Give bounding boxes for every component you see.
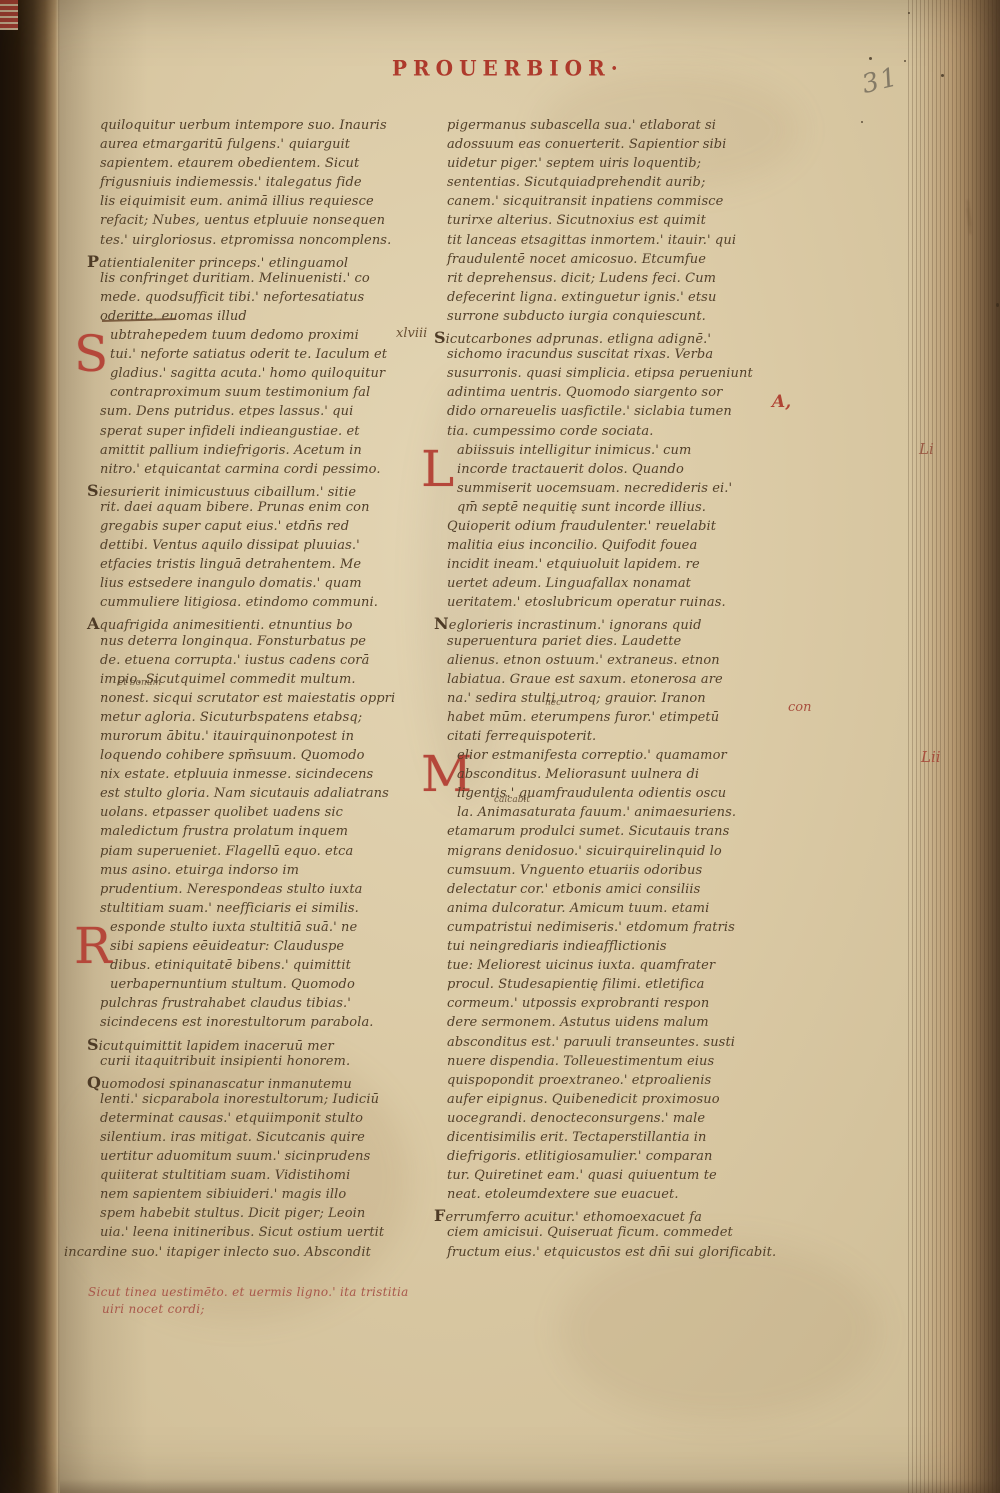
red-margin-monogram: A,: [772, 392, 791, 412]
text-line: neat. etoleumdextere sue euacuet.: [447, 1187, 835, 1206]
text-line: pigermanus subascella sua.' etlaborat si: [447, 118, 835, 137]
bottom-edge-shadow: [60, 1479, 1000, 1493]
enlarged-initial: N: [434, 614, 449, 633]
illuminated-initial: M: [421, 749, 457, 806]
text-line: maledictum frustra prolatum inquem: [100, 824, 432, 843]
text-line: procul. Studesapientię filimi. etletific…: [447, 977, 835, 996]
text-line: malitia eius inconcilio. Quifodit fouea: [447, 538, 835, 557]
text-line: loquendo cohibere spm̄suum. Quomodo: [100, 748, 432, 767]
text-line: cumpatristui nedimiseris.' etdomum fratr…: [447, 920, 835, 939]
text-line: sibi sapiens eēuideatur: Clauduspe: [100, 939, 432, 958]
text-line: uia.' leena initineribus. Sicut ostium u…: [100, 1225, 432, 1244]
text-line: gregabis super caput eius.' etdn̄s red: [100, 519, 432, 538]
text-line: curii itaquitribuit insipienti honorem.: [100, 1054, 432, 1073]
text-line: nonest. sicqui scrutator est maiestatis …: [100, 691, 432, 710]
text-line: ueritatem.' etoslubricum operatur ruinas…: [447, 595, 835, 614]
interlinear-gloss-calcabit: calcabit: [494, 795, 530, 805]
text-line: lius estsedere inangulo domatis.' quam: [100, 576, 432, 595]
footnote-line: Sicut tinea uestimēto. et uermis ligno.'…: [88, 1284, 409, 1301]
text-line: incorde tractauerit dolos. Quando: [447, 462, 835, 481]
folio-number-pencil: 31: [859, 62, 902, 100]
text-line: mus asino. etuirga indorso im: [100, 863, 432, 882]
text-line: cummuliere litigiosa. etindomo communi.: [100, 595, 432, 614]
text-line: silentium. iras mitigat. Sicutcanis quir…: [100, 1130, 432, 1149]
enlarged-initial: S: [434, 328, 446, 347]
text-line: frigusniuis indiemessis.' italegatus fid…: [100, 175, 432, 194]
chapter-number-lii: Lii: [921, 748, 941, 766]
faint-marginal-note: [956, 206, 986, 266]
text-line: surrone subducto iurgia conquiescunt.: [447, 309, 835, 328]
text-line: adossuum eas conuerterit. Sapientior sib…: [447, 137, 835, 156]
text-line: nitro.' etquicantat carmina cordi pessim…: [100, 462, 432, 481]
text-line: alienus. etnon ostuum.' extraneus. etnon: [447, 653, 835, 672]
text-line: Neglorieris incrastinum.' ignorans quid: [447, 614, 835, 633]
text-line: fraudulentē nocet amicosuo. Etcumfue: [447, 252, 835, 271]
text-line: anima dulcoratur. Amicum tuum. etami: [447, 901, 835, 920]
manuscript-page-photo: PROUERBIOR· 31 quiloquitur uerbum intemp…: [0, 0, 1000, 1493]
text-line: uerbapernuntium stultum. Quomodo: [100, 977, 432, 996]
text-line: de. etuena corrupta.' iustus cadens corā: [100, 653, 432, 672]
ink-speck: [941, 74, 944, 77]
text-line: absconditus. Meliorasunt uulnera di: [447, 767, 835, 786]
text-line: metur agloria. Sicuturbspatens etabsq;: [100, 710, 432, 729]
text-line: pulchras frustrahabet claudus tibias.': [100, 996, 432, 1015]
paragraph: Neglorieris incrastinum.' ignorans quids…: [447, 614, 835, 748]
book-binding-gutter: [0, 0, 60, 1493]
ink-speck: [908, 12, 910, 14]
text-line: lis eiquimisit eum. animā illius requies…: [100, 194, 432, 213]
text-line: sicindecens est inorestultorum parabola.: [100, 1015, 432, 1034]
text-line: uertet adeum. Linguafallax nonamat: [447, 576, 835, 595]
text-line: cumsuum. Vnguento etuariis odoribus: [447, 863, 835, 882]
text-line: Quioperit odium fraudulenter.' reuelabit: [447, 519, 835, 538]
text-column-right: pigermanus subascella sua.' etlaborat si…: [447, 118, 835, 1264]
text-line: tue: Meliorest uicinus iuxta. quamfrater: [447, 958, 835, 977]
text-line: Aquafrigida animesitienti. etnuntius bo: [100, 614, 432, 633]
text-column-left: quiloquitur uerbum intempore suo. Inauri…: [100, 118, 432, 1264]
text-line: labiatua. Graue est saxum. etonerosa are: [447, 672, 835, 691]
text-line: Patientialeniter princeps.' etlinguamol: [100, 252, 432, 271]
text-line: summiserit uocemsuam. necredideris ei.': [447, 481, 835, 500]
ink-speck: [904, 60, 906, 62]
text-line: tui.' neforte satiatus oderit te. Iaculu…: [100, 347, 432, 366]
text-line: ciem amicisui. Quiseruat ficum. commedet: [447, 1225, 835, 1244]
red-catchword-con: con: [788, 700, 811, 715]
illuminated-initial: R: [74, 921, 110, 978]
text-line: murorum ābitu.' itauirquinonpotest in: [100, 729, 432, 748]
ink-speck: [869, 57, 872, 60]
text-line: la. Animasaturata fauum.' animaesuriens.: [447, 805, 835, 824]
paragraph: Labiissuis intelligitur inimicus.' cumin…: [447, 443, 835, 615]
text-line: tur. Quiretinet eam.' quasi quiuentum te: [447, 1168, 835, 1187]
text-line: nem sapientem sibiuideri.' magis illo: [100, 1187, 432, 1206]
text-line: nus deterra longinqua. Fonsturbatus pe: [100, 634, 432, 653]
text-line: determinat causas.' etquiimponit stulto: [100, 1111, 432, 1130]
text-line: absconditus est.' paruuli transeuntes. s…: [447, 1035, 835, 1054]
paragraph: Siesurierit inimicustuus cibaillum.' sit…: [100, 481, 432, 615]
text-line: tit lanceas etsagittas inmortem.' itauir…: [447, 233, 835, 252]
text-line: dettibi. Ventus aquilo dissipat pluuias.…: [100, 538, 432, 557]
text-line: canem.' sicquitransit inpatiens commisce: [447, 194, 835, 213]
text-line: etamarum produlci sumet. Sicutauis trans: [447, 824, 835, 843]
text-line: diefrigoris. etlitigiosamulier.' compara…: [447, 1149, 835, 1168]
text-line: incardine suo.' itapiger inlecto suo. Ab…: [64, 1245, 432, 1264]
enlarged-initial: A: [87, 614, 100, 633]
text-line: cormeum.' utpossis exprobranti respon: [447, 996, 835, 1015]
footnote-line: uiri nocet cordi;: [102, 1301, 409, 1318]
text-line: Ferrumferro acuitur.' ethomoexacuet fa: [447, 1206, 835, 1225]
text-line: rit deprehensus. dicit; Ludens feci. Cum: [447, 271, 835, 290]
illuminated-initial: S: [74, 329, 110, 386]
text-line: uolans. etpasser quolibet uadens sic: [100, 805, 432, 824]
text-line: ubtrahepedem tuum dedomo proximi: [100, 328, 432, 347]
text-line: Sicutcarbones adprunas. etligna adignē.': [447, 328, 835, 347]
text-line: fructum eius.' etquicustos est dn̄i sui …: [447, 1245, 835, 1264]
paragraph: Sicutquimittit lapidem inaceruū mercurii…: [100, 1035, 432, 1073]
text-line: uocegrandi. denocteconsurgens.' male: [447, 1111, 835, 1130]
text-line: qm̄ septē nequitię sunt incorde illius.: [447, 500, 835, 519]
text-line: tes.' uirgloriosus. etpromissa noncomple…: [100, 233, 432, 252]
running-title: PROUERBIOR·: [392, 55, 624, 80]
text-line: amittit pallium indiefrigoris. Acetum in: [100, 443, 432, 462]
text-line: delectatur cor.' etbonis amici consiliis: [447, 882, 835, 901]
paragraph: Ferrumferro acuitur.' ethomoexacuet faci…: [447, 1206, 835, 1263]
text-line: habet mūm. eterumpens furor.' etimpetū: [447, 710, 835, 729]
text-line: piam superueniet. Flagellū equo. etca: [100, 844, 432, 863]
text-line: stultitiam suam.' neefficiaris ei simili…: [100, 901, 432, 920]
paragraph: Patientialeniter princeps.' etlinguamoll…: [100, 252, 432, 328]
book-fore-edge-pages: [908, 0, 1000, 1493]
paragraph: Responde stulto iuxta stultitiā suā.' ne…: [100, 920, 432, 1035]
paragraph: Subtrahepedem tuum dedomo proximitui.' n…: [100, 328, 432, 481]
chapter-number-li: Li: [919, 440, 934, 458]
text-line: susurronis. quasi simplicia. etipsa peru…: [447, 366, 835, 385]
text-line: rit. daei aquam bibere. Prunas enim con: [100, 500, 432, 519]
enlarged-initial: S: [87, 1035, 99, 1054]
text-line: quispopondit proextraneo.' etproalienis: [447, 1073, 835, 1092]
text-line: sapientem. etaurem obedientem. Sicut: [100, 156, 432, 175]
paragraph: Quomodosi spinanascatur inmanutemulenti.…: [100, 1073, 432, 1245]
text-line: Sicutquimittit lapidem inaceruū mer: [100, 1035, 432, 1054]
text-line: prudentium. Nerespondeas stulto iuxta: [100, 882, 432, 901]
enlarged-initial: F: [434, 1206, 445, 1225]
text-line: uertitur aduomitum suum.' sicinprudens: [100, 1149, 432, 1168]
paragraph: pigermanus subascella sua.' etlaborat si…: [447, 118, 835, 328]
text-line: abiissuis intelligitur inimicus.' cum: [447, 443, 835, 462]
text-line: tia. cumpessimo corde sociata.: [447, 424, 835, 443]
text-line: na.' sedira stulti utroq; grauior. Irano…: [447, 691, 835, 710]
interlinear-gloss-nec: nec: [545, 698, 561, 708]
enlarged-initial: S: [87, 481, 99, 500]
text-line: incidit ineam.' etquiuoluit lapidem. re: [447, 557, 835, 576]
paragraph: Sicutcarbones adprunas. etligna adignē.'…: [447, 328, 835, 443]
parchment-stain: [560, 1240, 880, 1420]
text-line: citati ferrequispoterit.: [447, 729, 835, 748]
text-line: gladius.' sagitta acuta.' homo quiloquit…: [100, 366, 432, 385]
ink-speck: [861, 121, 863, 123]
text-line: turirxe alterius. Sicutnoxius est quimit: [447, 213, 835, 232]
text-line: Siesurierit inimicustuus cibaillum.' sit…: [100, 481, 432, 500]
paragraph: incardine suo.' itapiger inlecto suo. Ab…: [100, 1245, 432, 1264]
text-line: contraproximum suum testimonium fal: [100, 385, 432, 404]
text-line: mede. quodsufficit tibi.' nefortesatiatu…: [100, 290, 432, 309]
marginal-footnote-red: Sicut tinea uestimēto. et uermis ligno.'…: [88, 1284, 409, 1318]
text-line: refacit; Nubes, uentus etpluuie nonseque…: [100, 213, 432, 232]
text-line: nuere dispendia. Tolleuestimentum eius: [447, 1054, 835, 1073]
text-line: migrans denidosuo.' sicuirquirelinquid l…: [447, 844, 835, 863]
text-line: etfacies tristis linguā detrahentem. Me: [100, 557, 432, 576]
text-line: dicentisimilis erit. Tectaperstillantia …: [447, 1130, 835, 1149]
ink-speck: [996, 303, 999, 307]
text-line: sperat super infideli indieangustiae. et: [100, 424, 432, 443]
paragraph: Aquafrigida animesitienti. etnuntius bon…: [100, 614, 432, 920]
text-line: spem habebit stultus. Dicit piger; Leoin: [100, 1206, 432, 1225]
chapter-number-xlviii: xlviii: [396, 326, 427, 341]
text-line: elior estmanifesta correptio.' quamamor: [447, 748, 835, 767]
enlarged-initial: Q: [87, 1073, 101, 1092]
paragraph: Melior estmanifesta correptio.' quamamor…: [447, 748, 835, 1206]
text-line: quiloquitur uerbum intempore suo. Inauri…: [100, 118, 432, 137]
text-line: uidetur piger.' septem uiris loquentib;: [447, 156, 835, 175]
text-line: aufer eipignus. Quibenedicit proximosuo: [447, 1092, 835, 1111]
text-line: sum. Dens putridus. etpes lassus.' qui: [100, 404, 432, 423]
text-line: lis confringet duritiam. Melinuenisti.' …: [100, 271, 432, 290]
text-line: defecerint ligna. extinguetur ignis.' et…: [447, 290, 835, 309]
paragraph: quiloquitur uerbum intempore suo. Inauri…: [100, 118, 432, 252]
text-line: Quomodosi spinanascatur inmanutemu: [100, 1073, 432, 1092]
text-line: esponde stulto iuxta stultitiā suā.' ne: [100, 920, 432, 939]
text-line: aurea etmargaritū fulgens.' quiarguit: [100, 137, 432, 156]
illuminated-initial: L: [421, 444, 457, 501]
text-line: quiiterat stultitiam suam. Vidistihomi: [100, 1168, 432, 1187]
text-line: dibus. etiniquitatē bibens.' quimittit: [100, 958, 432, 977]
text-line: est stulto gloria. Nam sicutauis adaliat…: [100, 786, 432, 805]
red-headband: [0, 0, 18, 30]
text-line: tui neingrediaris indieafflictionis: [447, 939, 835, 958]
text-line: nix estate. etpluuia inmesse. sicindecen…: [100, 767, 432, 786]
enlarged-initial: P: [87, 252, 99, 271]
text-line: sichomo iracundus suscitat rixas. Verba: [447, 347, 835, 366]
text-line: dere sermonem. Astutus uidens malum: [447, 1015, 835, 1034]
text-line: lenti.' sicparabola inorestultorum; Iudi…: [100, 1092, 432, 1111]
text-line: superuentura pariet dies. Laudette: [447, 634, 835, 653]
text-line: sententias. Sicutquiadprehendit aurib;: [447, 175, 835, 194]
interlinear-gloss-et-bonum: et bonum: [118, 678, 161, 688]
